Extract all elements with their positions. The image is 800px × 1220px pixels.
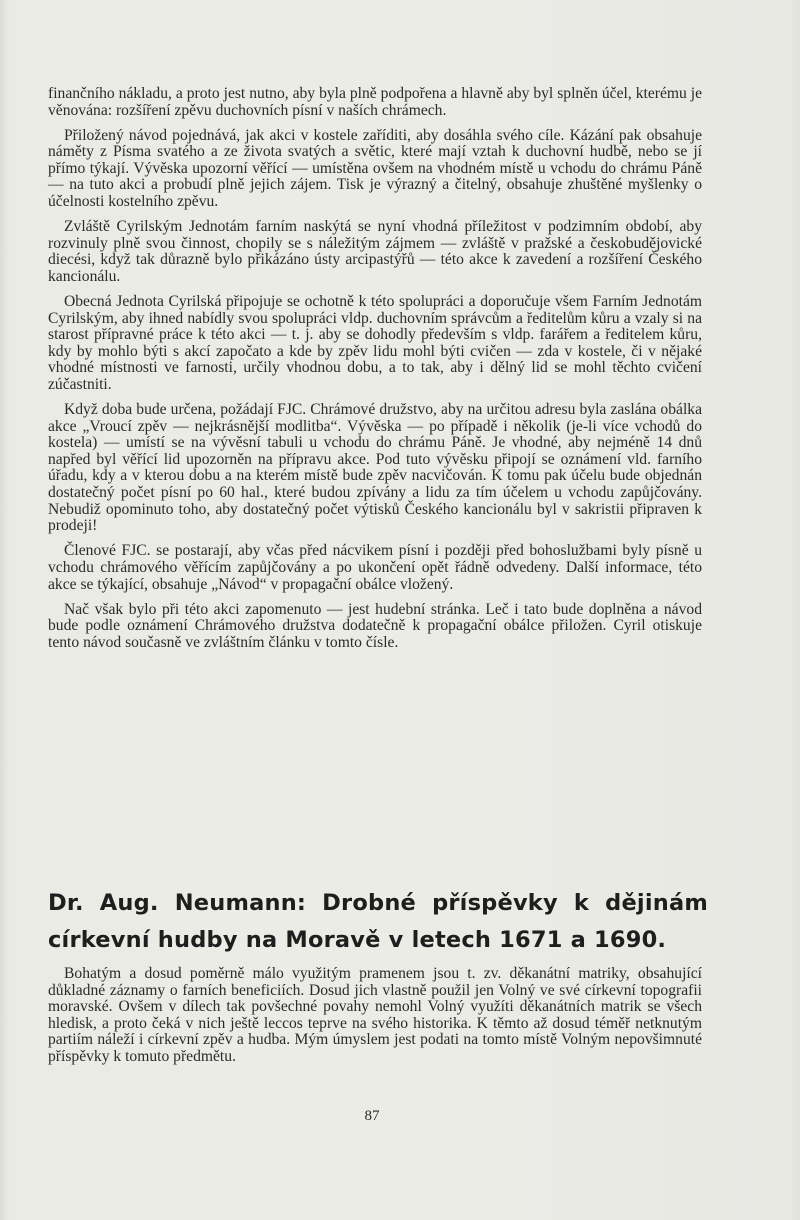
paragraph: Když doba bude určena, požádají FJC. Chr…	[48, 402, 702, 535]
paragraph: Obecná Jednota Cyrilská připojuje se och…	[48, 294, 702, 394]
article-continued-body: finančního nákladu, a proto jest nutno, …	[48, 86, 702, 660]
paragraph: Nač však bylo při této akci zapomenuto —…	[48, 602, 702, 652]
page-number: 87	[0, 1108, 744, 1125]
paragraph: Bohatým a dosud poměrně málo využitým pr…	[48, 966, 702, 1066]
paragraph: finančního nákladu, a proto jest nutno, …	[48, 86, 702, 119]
scanned-page: finančního nákladu, a proto jest nutno, …	[0, 0, 800, 1220]
article-heading: Dr. Aug. Neumann: Drobné příspěvky k děj…	[48, 885, 708, 959]
paragraph: Členové FJC. se postarají, aby včas před…	[48, 543, 702, 593]
paragraph: Přiložený návod pojednává, jak akci v ko…	[48, 128, 702, 211]
new-article-body: Bohatým a dosud poměrně málo využitým pr…	[48, 966, 702, 1074]
paragraph: Zvláště Cyrilským Jednotám farním naskýt…	[48, 219, 702, 285]
